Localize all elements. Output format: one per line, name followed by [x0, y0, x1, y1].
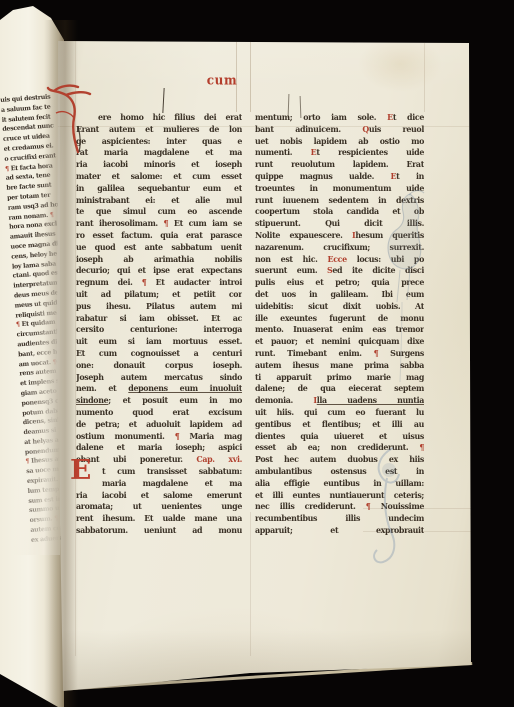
text-line: coopertum stola candida et ob: [255, 206, 424, 218]
text-line: ere homo hic filius dei erat: [76, 112, 242, 124]
text-line: runt iuuenem sedentem in dextris: [255, 195, 424, 207]
text-line: rabatur si iam obisset. Et ac: [76, 313, 242, 325]
text-line: esset ab ea; non crediderunt. ¶: [255, 442, 424, 454]
text-line: Erant autem et mulieres de lon: [76, 124, 242, 136]
text-line: mento. Inuaserat enim eas tremor: [255, 324, 424, 336]
text-line: recumbentibus illis undecim: [255, 513, 424, 525]
text-line: cersito centurione: interroga: [76, 324, 242, 336]
text-line: mater et salome: et cum esset: [76, 171, 242, 183]
text-line: decurio; qui et ipse erat expectans: [76, 265, 242, 277]
text-line: alia effigie euntibus in uillam:: [255, 478, 424, 490]
text-line: Et cum cognouisset a centuri: [76, 348, 242, 360]
text-line: runt. Timebant enim. ¶ Surgens: [255, 348, 424, 360]
text-line: bant adinuicem. Quis reuol: [255, 124, 424, 136]
right-text-column: mentum; orto iam sole. Et dicebant adinu…: [255, 112, 424, 534]
manuscript-page: cum ere homo hic filius dei eratErant au…: [55, 36, 472, 696]
text-line: det uos in galileam. Ibi eum: [255, 289, 424, 301]
text-line: runt reuolutum lapidem. Erat: [255, 159, 424, 171]
text-line: ambulantibus ostensus est in: [255, 466, 424, 478]
text-line: rant iherosolimam. ¶ Et cum iam se: [76, 218, 242, 230]
text-line: sabbatorum. ueniunt ad monu: [76, 525, 242, 537]
text-line: uit eum si iam mortuus esset.: [76, 336, 242, 348]
text-line: dalene et maria ioseph; aspici: [76, 442, 242, 454]
text-line: uit hiis. qui cum eo fuerant lu: [255, 407, 424, 419]
text-line: one: donauit corpus ioseph.: [76, 360, 242, 372]
text-line: non est hic. Ecce locus: ubi po: [255, 254, 424, 266]
text-line: ti apparuit primo marie mag: [255, 372, 424, 384]
text-line: demonia. Illa uadens nuntia: [255, 395, 424, 407]
text-line: ille exeuntes fugerunt de monu: [255, 313, 424, 325]
text-line: mentum; orto iam sole. Et dice: [255, 112, 424, 124]
text-line: sindone; et posuit eum in mo: [76, 395, 242, 407]
text-line: in galilea sequebantur eum et: [76, 183, 242, 195]
text-line: pus ihesu. Pilatus autem mi: [76, 301, 242, 313]
text-line: ro esset factum. quia erat parasce: [76, 230, 242, 242]
left-text-column: ere homo hic filius dei eratErant autem …: [76, 112, 242, 538]
text-line: aromata; ut uenientes unge: [76, 501, 242, 513]
running-title: cum: [201, 72, 243, 88]
text-line: ge aspicientes: inter quas e: [76, 136, 242, 148]
text-line: apparuit; et exprobrauit: [255, 525, 424, 537]
text-line: numento quod erat excisum: [76, 407, 242, 419]
text-line: ria iacobi et salome emerunt: [76, 490, 242, 502]
text-line: gentibus et flentibus; et illi au: [255, 419, 424, 431]
text-line: pulis eius et petro; quia prece: [255, 277, 424, 289]
text-line: te que simul cum eo ascende: [76, 206, 242, 218]
text-line: Joseph autem mercatus sindo: [76, 372, 242, 384]
text-line: Nolite expauescere. Ihesum queritis: [255, 230, 424, 242]
text-line: quippe magnus ualde. Et in: [255, 171, 424, 183]
text-line: ioseph ab arimathia nobilis: [76, 254, 242, 266]
text-line: maria magdalene et ma: [76, 478, 242, 490]
text-line: dientes quia uiueret et uisus: [255, 431, 424, 443]
ruling-line: [424, 40, 425, 112]
text-line: de petra; et aduoluit lapidem ad: [76, 419, 242, 431]
text-line: troeuntes in monumentum uide: [255, 183, 424, 195]
text-line: Post hec autem duobus ex hiis: [255, 454, 424, 466]
text-line: uit ad pilatum; et petiit cor: [76, 289, 242, 301]
text-line: regnum dei. ¶ Et audacter introi: [76, 277, 242, 289]
text-line: et illi euntes nuntiauerunt ceteris;: [255, 490, 424, 502]
text-line: rat maria magdalene et ma: [76, 147, 242, 159]
text-line: ria iacobi minoris et ioseph: [76, 159, 242, 171]
text-line: dalene; de qua eiecerat septem: [255, 383, 424, 395]
photo-backdrop: { "photo": { "backdrop_color": "#070505"…: [0, 0, 514, 707]
ruling-line: [250, 512, 251, 656]
text-line: uet nobis lapidem ab ostio mo: [255, 136, 424, 148]
ruling-line: [250, 40, 251, 112]
text-line: rent ihesum. Et ualde mane una: [76, 513, 242, 525]
text-line: stipuerunt. Qui dicit illis.: [255, 218, 424, 230]
text-line: nec illis crediderunt. ¶ Nouissime: [255, 501, 424, 513]
text-line: ministrabant ei: et alie mul: [76, 195, 242, 207]
text-line: nazarenum. crucifixum; surrexit.: [255, 242, 424, 254]
text-line: uidebitis: sicut dixit uobis. At: [255, 301, 424, 313]
facing-page-curve-fade: [0, 90, 60, 555]
chapter-initial: E: [70, 457, 96, 482]
text-line: et pauor; et nemini quicquam dixe: [255, 336, 424, 348]
text-line: ostium monumenti. ¶ Maria mag: [76, 431, 242, 443]
text-line: numenti. Et respicientes uide: [255, 147, 424, 159]
text-line: ebant ubi poneretur. Cap. xvi.: [76, 454, 242, 466]
text-line: autem ihesus mane prima sabba: [255, 360, 424, 372]
text-line: nem. et deponens eum inuoluit: [76, 383, 242, 395]
text-line: ue quod est ante sabbatum uenit: [76, 242, 242, 254]
penwork-initial-flourish: [44, 82, 94, 154]
text-line: suerunt eum. Sed ite dicite disci: [255, 265, 424, 277]
text-line: t cum transisset sabbatum:: [76, 466, 242, 478]
